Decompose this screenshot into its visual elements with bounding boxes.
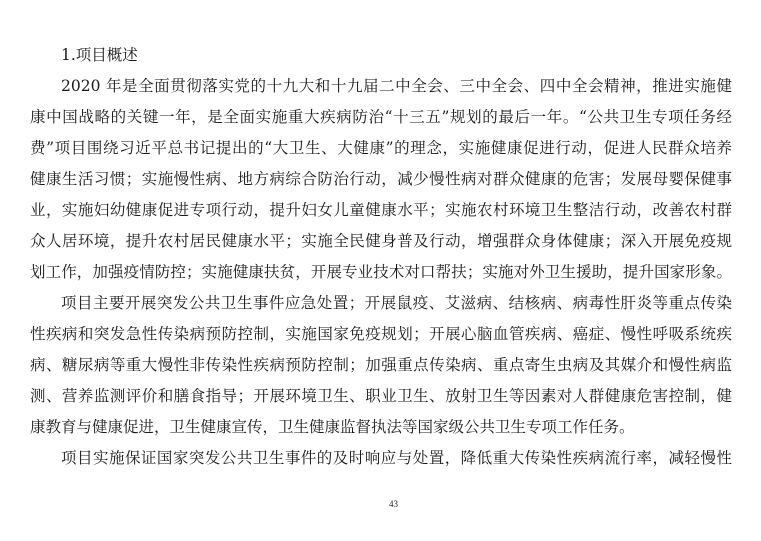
paragraph-2-line-4: 测、营养监测评价和膳食指导；开展环境卫生、职业卫生、放射卫生等因素对人群健康危害… (30, 381, 732, 412)
paragraph-1-line-5: 业，实施妇幼健康促进专项行动，提升妇女儿童健康水平；实施农村环境卫生整洁行动，改… (30, 195, 732, 226)
section-heading: 1.项目概述 (61, 40, 138, 71)
paragraph-1-line-2: 康中国战略的关键一年，是全面实施重大疾病防治“十三五”规划的最后一年。“公共卫生… (30, 102, 732, 133)
page-number: 43 (389, 499, 398, 509)
paragraph-1-line-7: 划工作，加强疫情防控；实施健康扶贫，开展专业技术对口帮扶；实施对外卫生援助，提升… (30, 257, 732, 288)
paragraph-2-line-2: 性疾病和突发急性传染病预防控制，实施国家免疫规划；开展心脑血管疾病、癌症、慢性呼… (30, 319, 732, 350)
paragraph-1-line-6: 众人居环境，提升农村居民健康水平；实施全民健身普及行动，增强群众身体健康；深入开… (30, 226, 732, 257)
paragraph-2-line-3: 病、糖尿病等重大慢性非传染性疾病预防控制；加强重点传染病、重点寄生虫病及其媒介和… (30, 350, 732, 381)
paragraph-2-line-1: 项目主要开展突发公共卫生事件应急处置；开展鼠疫、艾滋病、结核病、病毒性肝炎等重点… (61, 288, 732, 319)
paragraph-2-line-5: 康教育与健康促进，卫生健康宣传，卫生健康监督执法等国家级公共卫生专项工作任务。 (30, 412, 732, 443)
paragraph-1-line-1: 2020 年是全面贯彻落实党的十九大和十九届二中全会、三中全会、四中全会精神，推… (61, 71, 732, 102)
paragraph-1-line-3: 费”项目围绕习近平总书记提出的“大卫生、大健康”的理念，实施健康促进行动，促进人… (30, 133, 732, 164)
paragraph-3-line-1: 项目实施保证国家突发公共卫生事件的及时响应与处置，降低重大传染性疾病流行率，减轻… (61, 443, 732, 474)
paragraph-1-line-4: 健康生活习惯；实施慢性病、地方病综合防治行动，减少慢性病对群众健康的危害；发展母… (30, 164, 732, 195)
